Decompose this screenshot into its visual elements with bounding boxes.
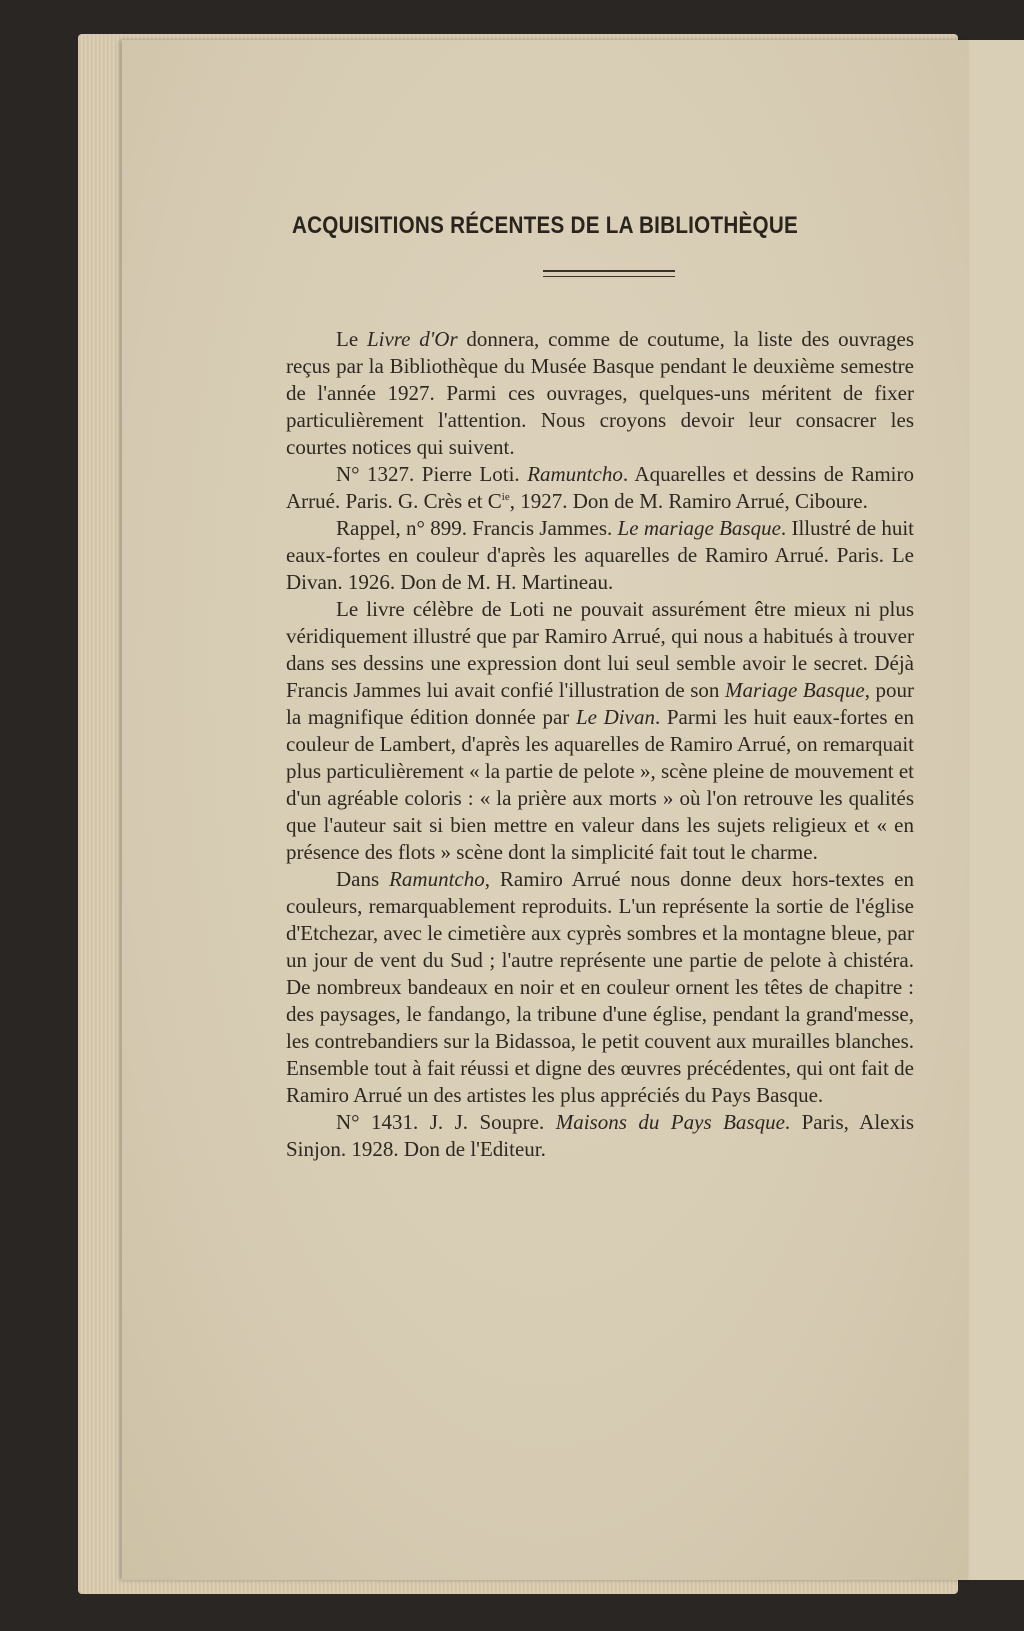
page-title: ACQUISITIONS RÉCENTES DE LA BIBLIOTHÈQUE (181, 212, 909, 240)
paragraph: Le Livre d'Or donnera, comme de coutume,… (286, 326, 914, 461)
title-rule-top (543, 270, 675, 272)
title-rule-bottom (543, 276, 675, 277)
book-page: ACQUISITIONS RÉCENTES DE LA BIBLIOTHÈQUE… (122, 40, 968, 1580)
paragraph: N° 1431. J. J. Soupre. Maisons du Pays B… (286, 1109, 914, 1163)
paragraph: N° 1327. Pierre Loti. Ramuntcho. Aquarel… (286, 461, 914, 515)
paragraph: Le livre célèbre de Loti ne pouvait assu… (286, 596, 914, 866)
body-text: Le Livre d'Or donnera, comme de coutume,… (286, 326, 914, 1163)
paragraph: Rappel, n° 899. Francis Jammes. Le maria… (286, 515, 914, 596)
paragraph: Dans Ramuntcho, Ramiro Arrué nous donne … (286, 866, 914, 1109)
